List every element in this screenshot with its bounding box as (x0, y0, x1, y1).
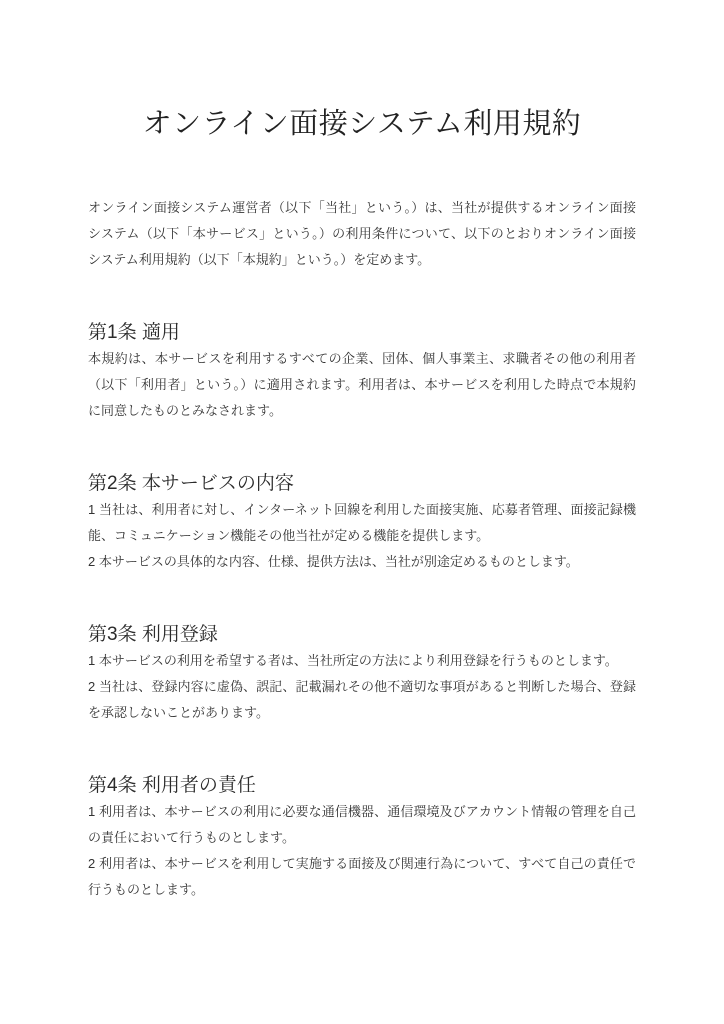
intro-paragraph: オンライン面接システム運営者（以下「当社」という。）は、当社が提供するオンライン… (88, 195, 636, 273)
article-3-paragraph-2: 2 当社は、登録内容に虚偽、誤記、記載漏れその他不適切な事項があると判断した場合… (88, 674, 636, 726)
article-4-paragraph-2: 2 利用者は、本サービスを利用して実施する面接及び関連行為について、すべて自己の… (88, 851, 636, 903)
article-1-paragraph-1: 本規約は、本サービスを利用するすべての企業、団体、個人事業主、求職者その他の利用… (88, 346, 636, 424)
article-3-paragraph-1: 1 本サービスの利用を希望する者は、当社所定の方法により利用登録を行うものとしま… (88, 648, 636, 674)
article-4: 第4条 利用者の責任 1 利用者は、本サービスの利用に必要な通信機器、通信環境及… (88, 772, 636, 903)
article-3-heading: 第3条 利用登録 (88, 621, 636, 648)
document-title: オンライン面接システム利用規約 (88, 103, 636, 145)
article-4-heading: 第4条 利用者の責任 (88, 772, 636, 799)
article-2-paragraph-2: 2 本サービスの具体的な内容、仕様、提供方法は、当社が別途定めるものとします。 (88, 549, 636, 575)
article-4-paragraph-1: 1 利用者は、本サービスの利用に必要な通信機器、通信環境及びアカウント情報の管理… (88, 799, 636, 851)
article-2-heading: 第2条 本サービスの内容 (88, 470, 636, 497)
article-1-heading: 第1条 適用 (88, 319, 636, 346)
article-2: 第2条 本サービスの内容 1 当社は、利用者に対し、インターネット回線を利用した… (88, 470, 636, 575)
article-1: 第1条 適用 本規約は、本サービスを利用するすべての企業、団体、個人事業主、求職… (88, 319, 636, 424)
article-3: 第3条 利用登録 1 本サービスの利用を希望する者は、当社所定の方法により利用登… (88, 621, 636, 726)
document-page: オンライン面接システム利用規約 オンライン面接システム運営者（以下「当社」という… (0, 0, 724, 1024)
article-2-paragraph-1: 1 当社は、利用者に対し、インターネット回線を利用した面接実施、応募者管理、面接… (88, 497, 636, 549)
